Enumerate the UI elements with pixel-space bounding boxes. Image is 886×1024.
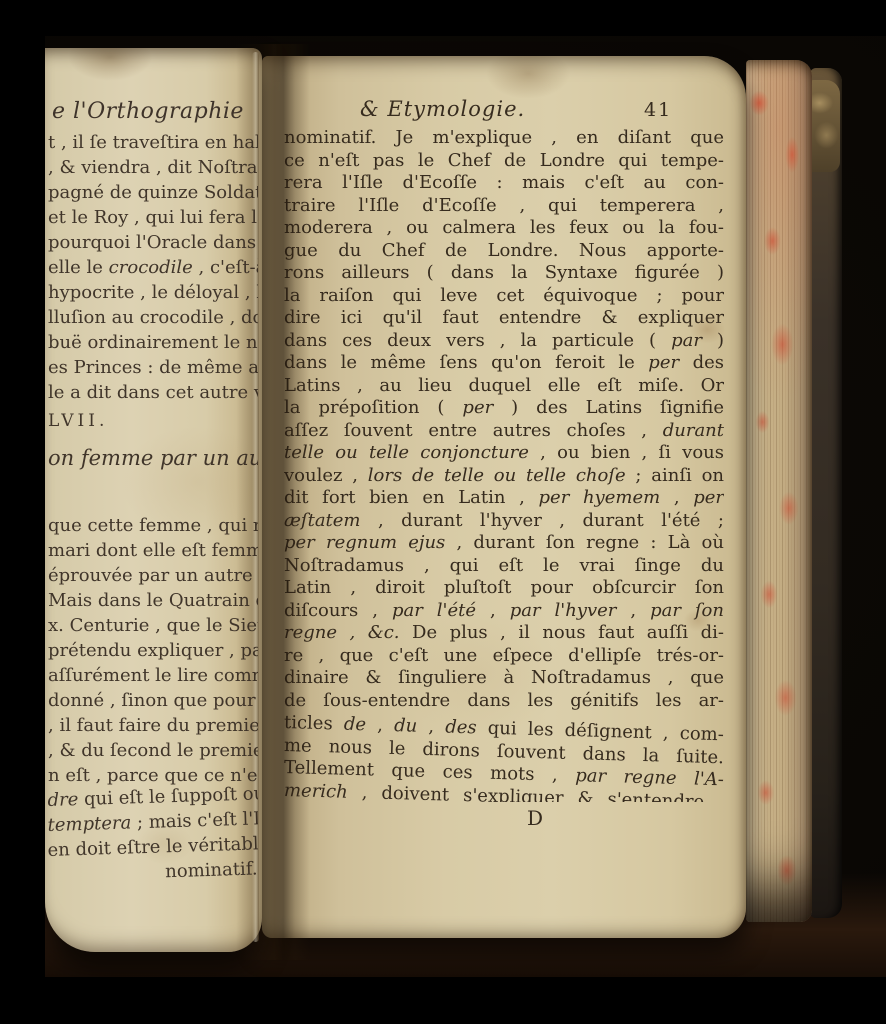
text-line: , & du ſecond le premier. bbox=[48, 738, 258, 763]
text-line: mari dont elle eſt femme , bbox=[48, 538, 258, 563]
roman-text: mari dont elle eſt femme , bbox=[48, 540, 258, 561]
text-line: ce n'eſt pas le Chef de Londre qui tempe… bbox=[284, 150, 724, 173]
signature-mark: D bbox=[350, 806, 720, 830]
text-line: gue du Chef de Londre. Nous apporte- bbox=[284, 240, 724, 263]
text-line: LVII. bbox=[48, 409, 258, 434]
roman-text: aſſurément le lire comme bbox=[48, 665, 258, 686]
italic-text: par bbox=[671, 330, 702, 351]
roman-text: la raiſon qui leve cet équivoque ; pour bbox=[284, 285, 724, 306]
roman-text: , durant ſon regne : Là où bbox=[445, 532, 724, 553]
roman-text: diſcours , bbox=[284, 600, 392, 621]
roman-text: , durant l'hyver , durant l'été ; bbox=[361, 510, 725, 531]
roman-text: ) des Latins ſignifie bbox=[493, 397, 724, 418]
roman-text: , il faut faire du premier bbox=[48, 715, 258, 736]
roman-text: dit fort bien en Latin , bbox=[284, 487, 539, 508]
italic-text: par l'hyver bbox=[510, 600, 617, 621]
text-line: buë ordinairement le nom bbox=[48, 330, 258, 355]
text-line: telle ou telle conjoncture , ou bien , ſ… bbox=[284, 442, 724, 465]
roman-text: voulez , bbox=[284, 465, 368, 486]
roman-text: et le Roy , qui lui fera la bbox=[48, 207, 258, 228]
text-line: elle le crocodile , c'eſt-à-dire bbox=[48, 255, 258, 280]
roman-text: ) bbox=[702, 330, 724, 351]
roman-text: ; ainſi on bbox=[626, 465, 724, 486]
text-line: rons ailleurs ( dans la Syntaxe figurée … bbox=[284, 262, 724, 285]
roman-text: Latins , au lieu duquel elle eſt miſe. O… bbox=[284, 375, 724, 396]
text-line: hypocrite , le déloyal , le bbox=[48, 280, 258, 305]
text-line: re , que c'eſt une eſpece d'ellipſe trés… bbox=[284, 645, 724, 668]
italic-text: per regnum ejus bbox=[284, 532, 445, 553]
roman-text: t , il ſe traveſtira en habit bbox=[48, 132, 258, 153]
text-line: Noſtradamus , qui eſt le vrai ſinge du bbox=[284, 555, 724, 578]
roman-text: , bbox=[616, 600, 650, 621]
book-fore-edge bbox=[746, 60, 812, 922]
text-line: le a dit dans cet autre vers. bbox=[48, 380, 258, 405]
text-line: traire l'Iſle d'Ecoſſe , qui temperera , bbox=[284, 195, 724, 218]
italic-text: durant bbox=[663, 420, 724, 441]
roman-text: , ou bien , ſi vous bbox=[529, 442, 724, 463]
text-line: es Princes : de même auſſi, bbox=[48, 355, 258, 380]
text-line: æſtatem , durant l'hyver , durant l'été … bbox=[284, 510, 724, 533]
roman-text: traire l'Iſle d'Ecoſſe , qui temperera , bbox=[284, 195, 724, 216]
text-line: , & viendra , dit Noſtrada- bbox=[48, 155, 258, 180]
italic-text: de bbox=[344, 714, 367, 736]
text-line: diſcours , par l'été , par l'hyver , par… bbox=[284, 600, 724, 623]
right-running-header: & Etymologie. bbox=[360, 97, 525, 121]
text-line: nominatif. bbox=[48, 856, 258, 888]
italic-text: par l'été bbox=[392, 600, 476, 621]
text-line: rera l'Iſle d'Ecoſſe : mais c'eſt au con… bbox=[284, 172, 724, 195]
left-page-text: t , il ſe traveſtira en habit, & viendra… bbox=[48, 130, 258, 888]
italic-text: per bbox=[693, 487, 724, 508]
roman-text: es Princes : de même auſſi, bbox=[48, 357, 258, 378]
roman-text: , & viendra , dit Noſtrada- bbox=[48, 157, 258, 178]
roman-text: De plus , il nous faut auſſi di- bbox=[400, 622, 724, 643]
italic-text: du bbox=[394, 715, 418, 737]
text-line: Mais dans le Quatrain ci- bbox=[48, 588, 258, 613]
text-line: la raiſon qui leve cet équivoque ; pour bbox=[284, 285, 724, 308]
roman-text: gue du Chef de Londre. Nous apporte- bbox=[284, 240, 724, 261]
text-line: lluſion au crocodile , dont bbox=[48, 305, 258, 330]
italic-text: lors de telle ou telle choſe bbox=[368, 465, 626, 486]
roman-text: dire ici qu'il faut entendre & expliquer bbox=[284, 307, 724, 328]
italic-text: dre bbox=[48, 789, 79, 811]
roman-text: Latin , diroit pluſtoſt pour obſcurcir ſ… bbox=[284, 577, 724, 598]
text-line: dans le même ſens qu'on feroit le per de… bbox=[284, 352, 724, 375]
roman-text: ce n'eſt pas le Chef de Londre qui tempe… bbox=[284, 150, 724, 171]
roman-text: la prépoſition ( bbox=[284, 397, 462, 418]
text-line: la prépoſition ( per ) des Latins ſignif… bbox=[284, 397, 724, 420]
text-line: moderera , ou calmera les feux ou la fou… bbox=[284, 217, 724, 240]
text-line: éprouvée par un autre ma- bbox=[48, 563, 258, 588]
roman-text: buë ordinairement le nom bbox=[48, 332, 258, 353]
roman-text: éprouvée par un autre ma- bbox=[48, 565, 258, 586]
italic-text: regne , &c. bbox=[284, 622, 400, 643]
roman-text: LVII. bbox=[48, 411, 108, 431]
roman-text: , & du ſecond le premier. bbox=[48, 740, 258, 761]
text-line: nominatif. Je m'explique , en diſant que bbox=[284, 127, 724, 150]
roman-text: , bbox=[476, 600, 510, 621]
roman-text: pourquoi l'Oracle dans ſes bbox=[48, 232, 258, 253]
roman-text: hypocrite , le déloyal , le bbox=[48, 282, 258, 303]
italic-text: temptera bbox=[48, 812, 132, 836]
page-number: 41 bbox=[644, 99, 672, 121]
text-line: aſſez ſouvent entre autres choſes , dura… bbox=[284, 420, 724, 443]
text-line: x. Centurie , que le Sieur bbox=[48, 613, 258, 638]
roman-text: re , que c'eſt une eſpece d'ellipſe trés… bbox=[284, 645, 724, 666]
text-line: per regnum ejus , durant ſon regne : Là … bbox=[284, 532, 724, 555]
italic-text: des bbox=[445, 717, 477, 739]
text-line: donné , ſinon que pour le bbox=[48, 688, 258, 713]
italic-text: per hyemem bbox=[539, 487, 661, 508]
text-line: et le Roy , qui lui fera la bbox=[48, 205, 258, 230]
text-line: on femme par un autre bbox=[48, 446, 258, 471]
roman-text: donné , ſinon que pour le bbox=[48, 690, 258, 711]
italic-text: merich bbox=[284, 780, 348, 802]
italic-text: par regne l'A- bbox=[575, 765, 724, 790]
text-line: voulez , lors de telle ou telle choſe ; … bbox=[284, 465, 724, 488]
text-line: que cette femme , qui n'eſt bbox=[48, 513, 258, 538]
text-line: , il faut faire du premier bbox=[48, 713, 258, 738]
roman-text: nominatif. Je m'explique , en diſant que bbox=[284, 127, 724, 148]
roman-text: , bbox=[366, 714, 395, 736]
text-line: dans ces deux vers , la particule ( par … bbox=[284, 330, 724, 353]
roman-text: moderera , ou calmera les feux ou la fou… bbox=[284, 217, 724, 238]
roman-text: dinaire & ſinguliere à Noſtradamus , que bbox=[284, 667, 724, 688]
text-line: pourquoi l'Oracle dans ſes bbox=[48, 230, 258, 255]
roman-text: , c'eſt-à-dire bbox=[193, 257, 258, 278]
italic-text: crocodile bbox=[109, 257, 193, 278]
text-line: pagné de quinze Soldats , bbox=[48, 180, 258, 205]
text-line: t , il ſe traveſtira en habit bbox=[48, 130, 258, 155]
italic-text: per bbox=[648, 352, 679, 373]
text-line: dinaire & ſinguliere à Noſtradamus , que bbox=[284, 667, 724, 690]
roman-text: rons ailleurs ( dans la Syntaxe figurée … bbox=[284, 262, 724, 283]
text-line: aſſurément le lire comme bbox=[48, 663, 258, 688]
roman-text: ticles bbox=[284, 712, 344, 735]
text-line: regne , &c. De plus , il nous faut auſſi… bbox=[284, 622, 724, 645]
roman-text: qui eſt le ſuppoſt ou le bbox=[78, 782, 258, 810]
roman-text: , bbox=[660, 487, 693, 508]
italic-text: per bbox=[462, 397, 493, 418]
text-line: Latin , diroit pluſtoſt pour obſcurcir ſ… bbox=[284, 577, 724, 600]
text-line: Latins , au lieu duquel elle eſt miſe. O… bbox=[284, 375, 724, 398]
roman-text: , bbox=[417, 716, 446, 738]
roman-text: rera l'Iſle d'Ecoſſe : mais c'eſt au con… bbox=[284, 172, 724, 193]
roman-text: lluſion au crocodile , dont bbox=[48, 307, 258, 328]
roman-text: dans ces deux vers , la particule ( bbox=[284, 330, 671, 351]
roman-text: nominatif. bbox=[165, 858, 258, 882]
italic-text: par ſon bbox=[650, 600, 724, 621]
book-photo: e l'Orthographie t , il ſe traveſtira en… bbox=[0, 0, 886, 1024]
right-page-text: nominatif. Je m'explique , en diſant que… bbox=[284, 127, 724, 802]
italic-text: telle ou telle conjoncture bbox=[284, 442, 529, 463]
roman-text: que cette femme , qui n'eſt bbox=[48, 515, 258, 536]
roman-text: Noſtradamus , qui eſt le vrai ſinge du bbox=[284, 555, 724, 576]
roman-text: pagné de quinze Soldats , bbox=[48, 182, 258, 203]
roman-text: prétendu expliquer , page bbox=[48, 640, 258, 661]
roman-text: aſſez ſouvent entre autres choſes , bbox=[284, 420, 663, 441]
roman-text: de ſous-entendre dans les génitifs les a… bbox=[284, 690, 724, 711]
text-line: dire ici qu'il faut entendre & expliquer bbox=[284, 307, 724, 330]
left-running-header: e l'Orthographie bbox=[52, 99, 244, 124]
roman-text: x. Centurie , que le Sieur bbox=[48, 615, 258, 636]
roman-text: des bbox=[679, 352, 724, 373]
roman-text: dans le même ſens qu'on feroit le bbox=[284, 352, 648, 373]
italic-text: on femme par un autre bbox=[48, 446, 258, 470]
roman-text: ; mais c'eſt l'Iſle bbox=[131, 808, 258, 834]
text-line: dit fort bien en Latin , per hyemem , pe… bbox=[284, 487, 724, 510]
italic-text: æſtatem bbox=[284, 510, 361, 531]
book-cover-edge bbox=[810, 68, 842, 918]
text-line: de ſous-entendre dans les génitifs les a… bbox=[284, 690, 724, 713]
text-line: prétendu expliquer , page bbox=[48, 638, 258, 663]
roman-text: Mais dans le Quatrain ci- bbox=[48, 590, 258, 611]
roman-text: elle le bbox=[48, 257, 109, 278]
roman-text: le a dit dans cet autre vers. bbox=[48, 382, 258, 403]
